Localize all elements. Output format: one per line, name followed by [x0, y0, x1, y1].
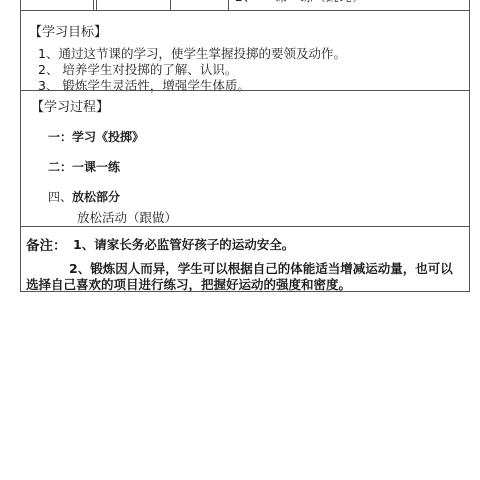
table-border-left — [20, 0, 21, 10]
table-column-divider — [228, 0, 229, 10]
step-label: 学习《投掷》 — [72, 130, 144, 144]
step-prefix: 四、 — [48, 190, 72, 204]
table-column-divider — [170, 0, 171, 10]
learning-process-heading: 【学习过程】 — [31, 96, 109, 115]
learning-process-section: 【学习过程】 一：学习《投掷》 二：一课一练 四、放松部分 放松活动（跟做） — [20, 90, 470, 226]
note-line: 1、请家长务必监管好孩子的运动安全。 — [73, 235, 294, 253]
table-column-divider — [93, 0, 94, 10]
step-label: 一课一练 — [72, 160, 120, 174]
process-step: 一：学习《投掷》 — [48, 128, 144, 145]
note-line: 选择自己喜欢的项目进行练习，把握好运动的强度和密度。 — [26, 275, 351, 293]
process-step: 四、放松部分 — [48, 188, 120, 205]
top-row-cell-text: 2、 一课一练（跳绳） — [235, 0, 365, 5]
step-prefix: 二： — [48, 160, 72, 174]
step-label: 放松部分 — [72, 190, 120, 204]
process-step: 二：一课一练 — [48, 158, 120, 175]
step-prefix: 一： — [48, 130, 72, 144]
learning-goals-heading: 【学习目标】 — [29, 21, 107, 40]
notes-section: 备注： 1、请家长务必监管好孩子的运动安全。 2、锻炼因人而异，学生可以根据自己… — [20, 226, 470, 292]
table-column-divider — [96, 0, 97, 10]
notes-label: 备注： — [26, 234, 67, 254]
top-table-row: 2、 一课一练（跳绳） — [20, 0, 470, 10]
learning-goals-section: 【学习目标】 1、通过这节课的学习，使学生掌握投掷的要领及动作。 2、 培养学生… — [20, 10, 470, 90]
table-border-right — [469, 0, 470, 10]
relax-activity-detail: 放松活动（跟做） — [77, 208, 177, 226]
